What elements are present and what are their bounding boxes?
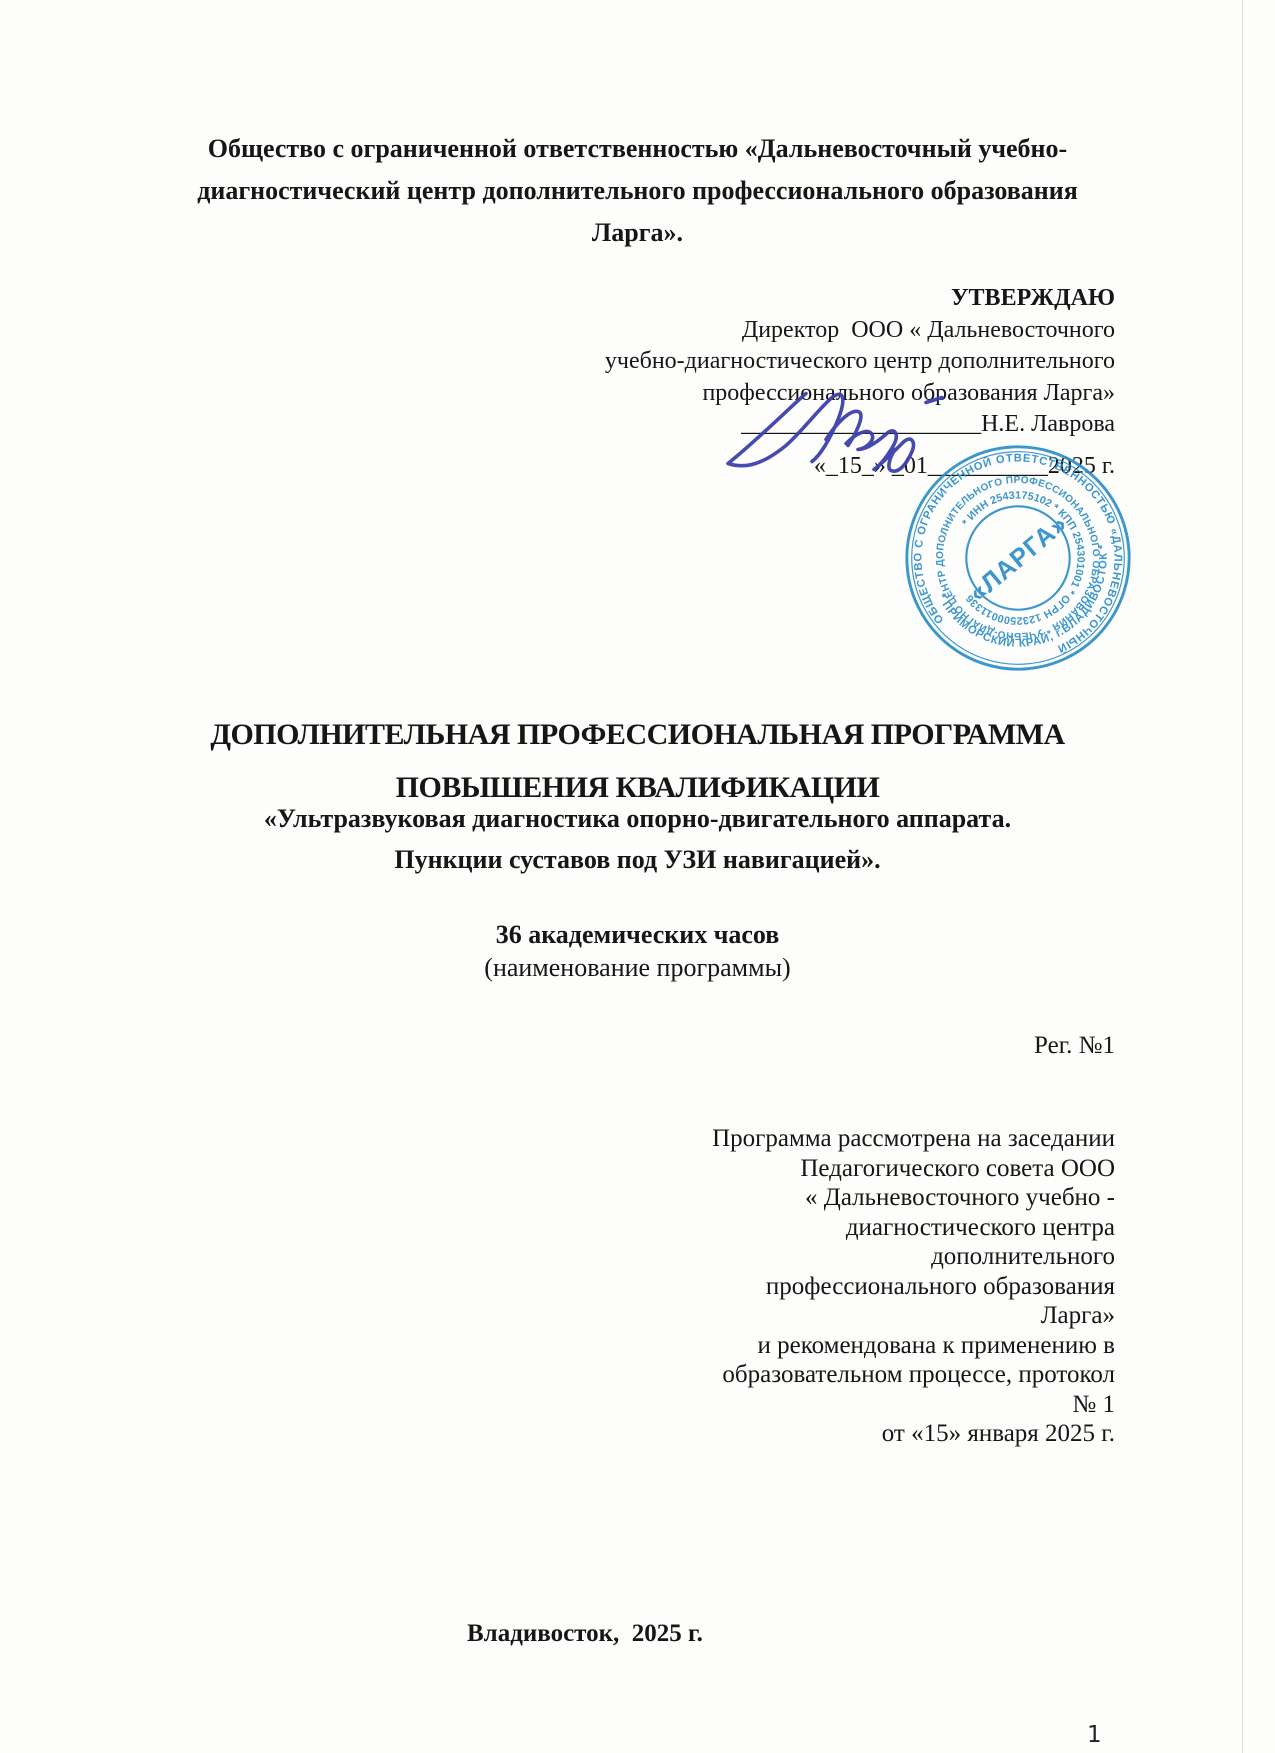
program-hours-note: (наименование программы) [0, 951, 1275, 984]
council-line: « Дальневосточного учебно - [712, 1183, 1115, 1213]
director-signature-line: ____________________Н.Е. Лаврова [605, 409, 1115, 441]
council-line: Ларга» [712, 1301, 1115, 1331]
program-type-line: ДОПОЛНИТЕЛЬНАЯ ПРОФЕССИОНАЛЬНАЯ ПРОГРАММ… [0, 708, 1275, 761]
stamp-outer-bottom-text: * ПРИМОРСКИЙ КРАЙ, г.ВЛАДИВОСТОК * [932, 543, 1116, 656]
program-hours: 36 академических часов [0, 918, 1275, 951]
page-number: 1 [1087, 1722, 1102, 1748]
program-name-title: «Ультразвуковая диагностика опорно-двига… [0, 798, 1275, 880]
stamp-inner-ring-text: * ИНН 2543175102 * КПП 254301001 * ОГРН … [924, 464, 1113, 653]
registration-number: Рег. №1 [1034, 1032, 1115, 1060]
council-line: № 1 [712, 1390, 1115, 1420]
program-name-line: «Ультразвуковая диагностика опорно-двига… [0, 798, 1275, 839]
city-and-year: Владивосток, 2025 г. [467, 1620, 703, 1648]
council-line: от «15» января 2025 г. [712, 1419, 1115, 1449]
council-line: профессионального образования [712, 1272, 1115, 1302]
stamp-center-circle [963, 503, 1073, 613]
svg-text:* ПРИМОРСКИЙ КРАЙ, г.ВЛАДИВОСТ: * ПРИМОРСКИЙ КРАЙ, г.ВЛАДИВОСТОК * [932, 543, 1116, 656]
org-name-line: Общество с ограниченной ответственностью… [0, 128, 1275, 170]
council-line: дополнительного [712, 1242, 1115, 1272]
approval-line: учебно-диагностического центр дополнител… [605, 346, 1115, 378]
document-page: Общество с ограниченной ответственностью… [0, 0, 1275, 1753]
org-name-header: Общество с ограниченной ответственностью… [0, 128, 1275, 254]
svg-text:* ИНН 2543175102 * КПП 2543010: * ИНН 2543175102 * КПП 254301001 * ОГРН … [924, 464, 1113, 653]
program-name-line: Пункции суставов под УЗИ навигацией». [0, 839, 1275, 880]
council-line: образовательном процессе, протокол [712, 1360, 1115, 1390]
approval-date-line: «_15_» _01__________2025 г. [605, 451, 1115, 483]
org-name-line: Ларга». [0, 212, 1275, 254]
council-line: и рекомендована к применению в [712, 1331, 1115, 1361]
approve-label: УТВЕРЖДАЮ [605, 283, 1115, 315]
program-hours-block: 36 академических часов (наименование про… [0, 918, 1275, 984]
council-line: Педагогического совета ООО [712, 1154, 1115, 1184]
org-name-line: диагностический центр дополнительного пр… [0, 170, 1275, 212]
stamp-center-text: «ЛАРГА» [964, 510, 1073, 608]
council-line: Программа рассмотрена на заседании [712, 1124, 1115, 1154]
approval-line: профессионального образования Ларга» [605, 378, 1115, 410]
approval-block: УТВЕРЖДАЮ Директор ООО « Дальневосточног… [605, 283, 1115, 482]
council-line: диагностического центра [712, 1213, 1115, 1243]
pedagogical-council-block: Программа рассмотрена на заседании Педаг… [712, 1124, 1115, 1449]
approval-line: Директор ООО « Дальневосточного [605, 315, 1115, 347]
